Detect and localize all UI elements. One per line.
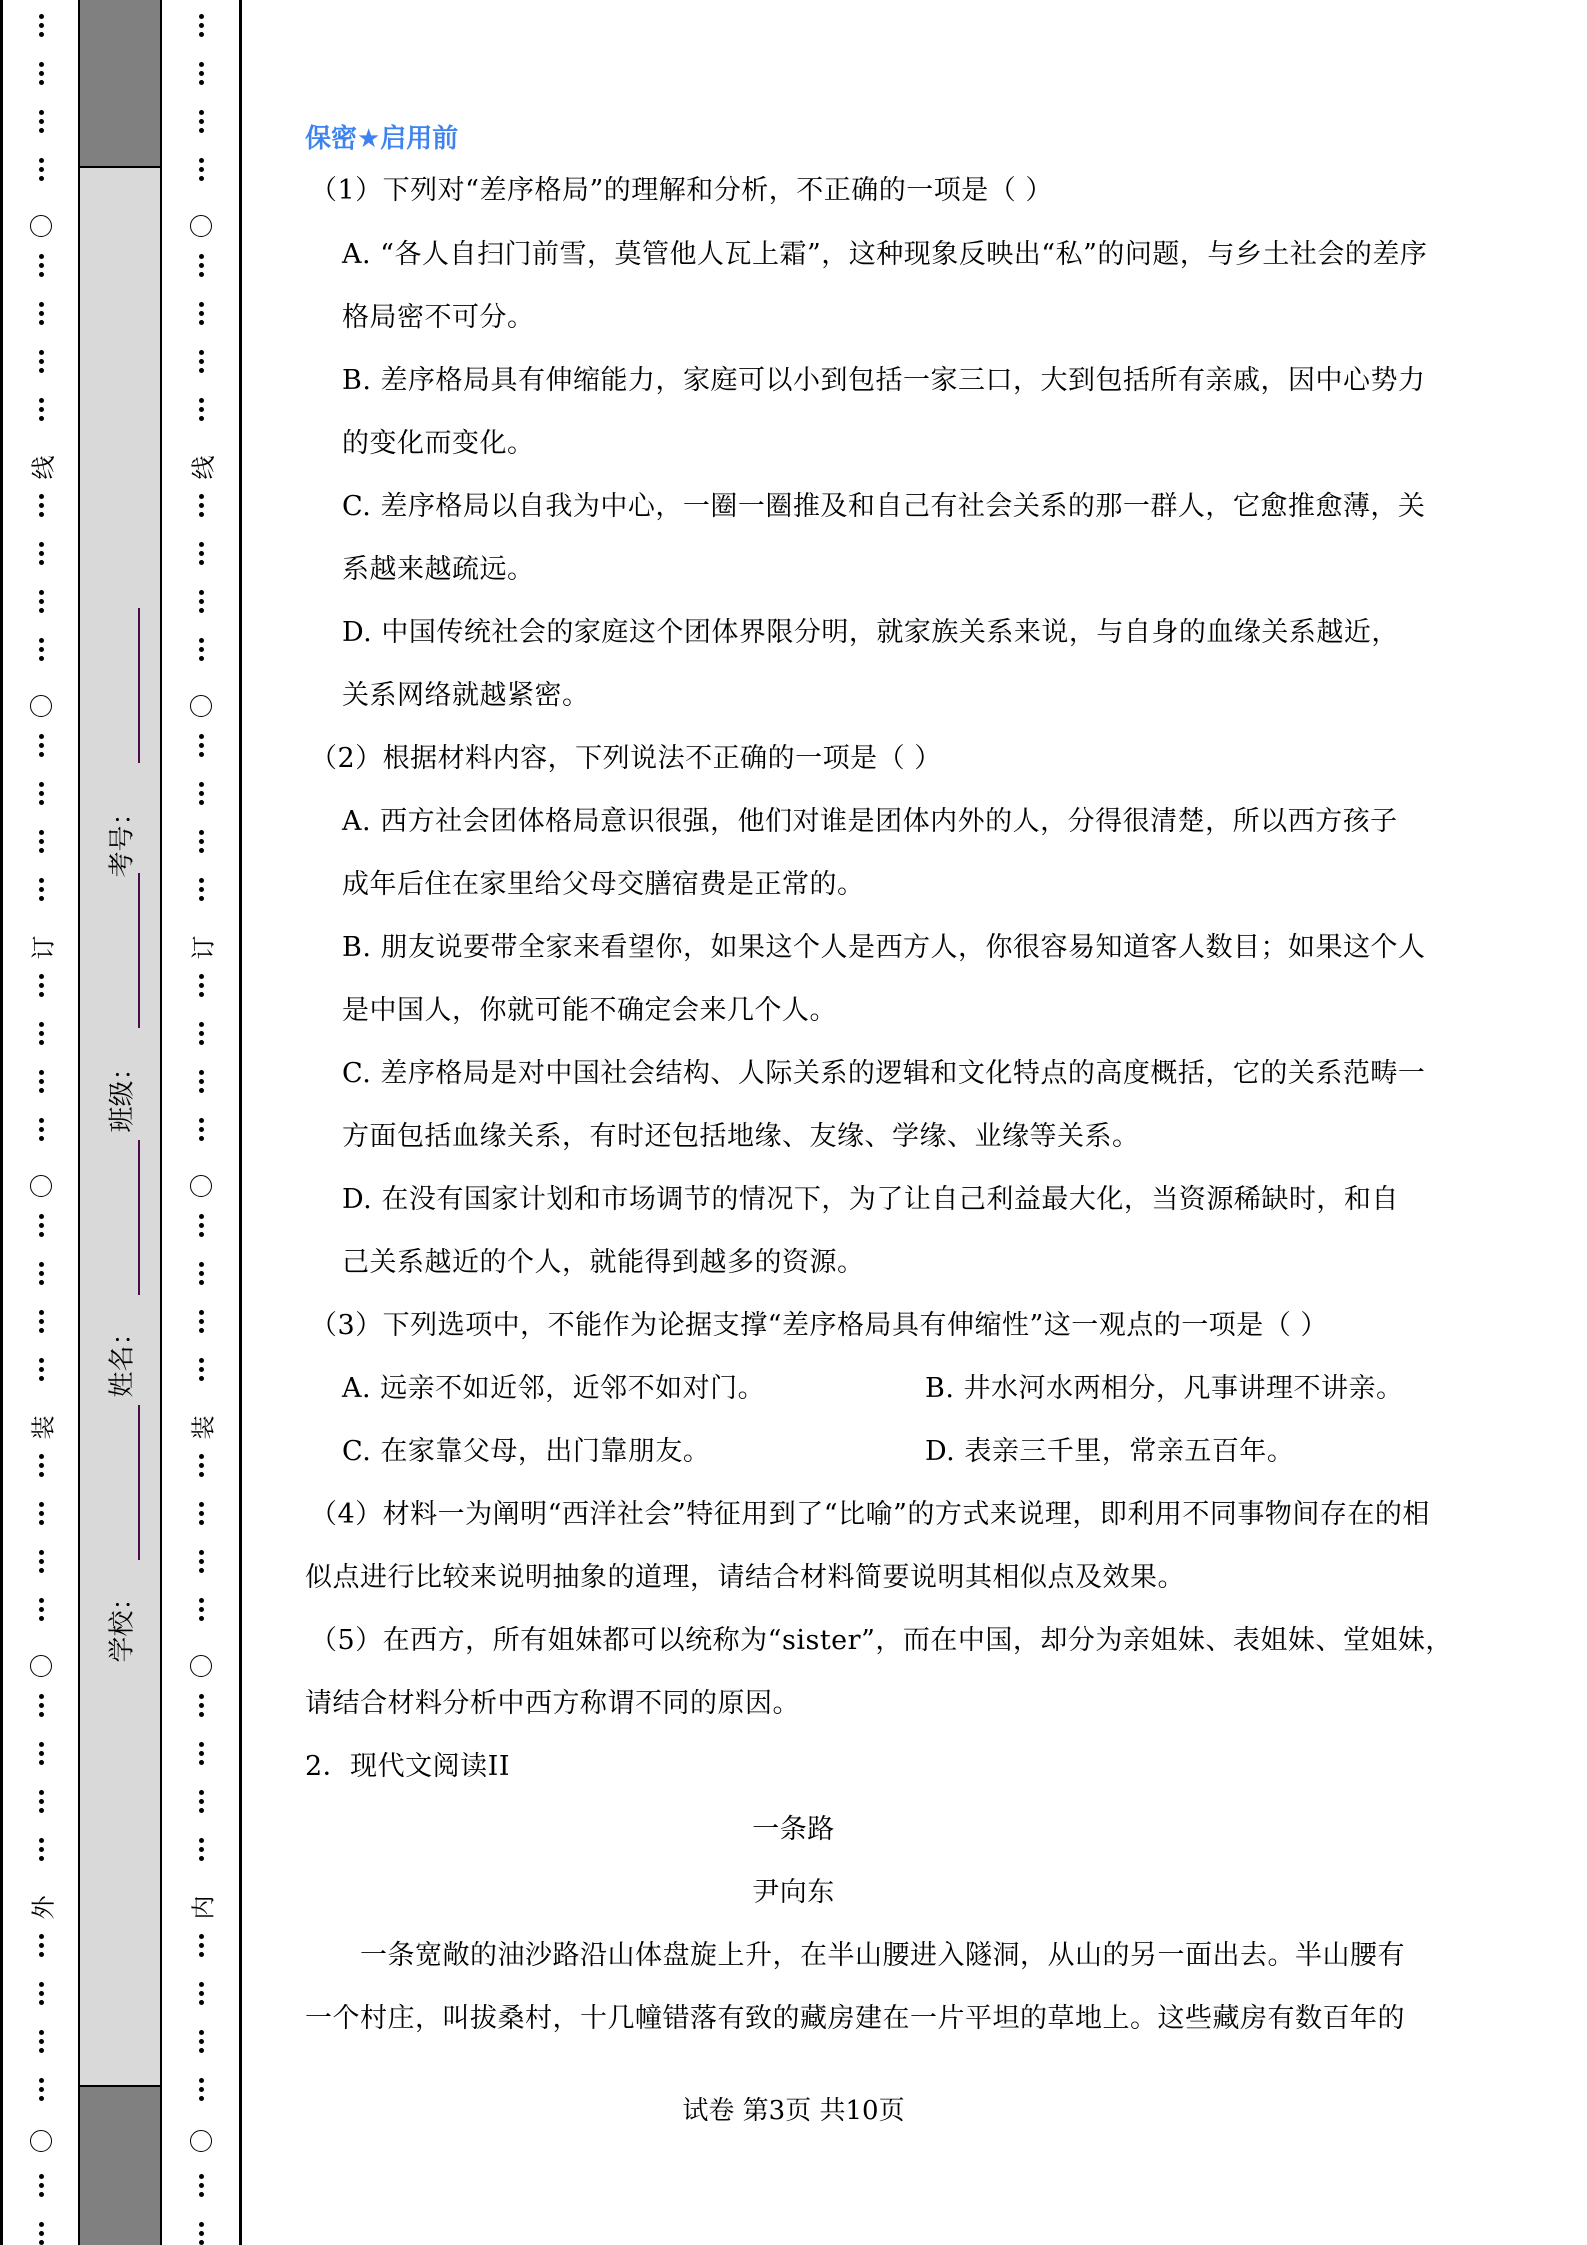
exam-no-field[interactable] xyxy=(138,608,140,763)
page-footer: 试卷 第3页 共10页 xyxy=(0,2090,1587,2127)
dotted-separator xyxy=(39,1262,43,1289)
dotted-separator xyxy=(199,398,203,425)
dotted-separator xyxy=(199,542,203,569)
cut-line-label: 线 xyxy=(183,456,218,480)
q1-option-a-cont: 格局密不可分。 xyxy=(342,295,535,334)
dotted-separator xyxy=(39,878,43,905)
q2-option-d-cont: 己关系越近的个人，就能得到越多的资源。 xyxy=(342,1240,865,1279)
dotted-separator xyxy=(39,1694,43,1721)
q5-line2: 请结合材料分析中西方称谓不同的原因。 xyxy=(305,1681,800,1720)
q3-option-c: C. 在家靠父母，出门靠朋友。 xyxy=(342,1429,710,1468)
dotted-separator xyxy=(39,1118,43,1145)
dotted-separator xyxy=(199,1598,203,1625)
exam-no-label: 考号： xyxy=(102,799,139,877)
dotted-separator xyxy=(199,782,203,809)
dotted-separator xyxy=(39,1502,43,1529)
dotted-separator xyxy=(199,590,203,617)
dotted-separator xyxy=(199,1694,203,1721)
dotted-separator xyxy=(199,2030,203,2057)
circle-marker-icon xyxy=(190,1655,212,1677)
dotted-separator xyxy=(39,1022,43,1049)
dotted-separator xyxy=(199,878,203,905)
dotted-separator xyxy=(199,1454,203,1481)
q2-option-b-cont: 是中国人，你就可能不确定会来几个人。 xyxy=(342,988,837,1027)
dotted-separator xyxy=(199,1934,203,1961)
dotted-separator xyxy=(39,1550,43,1577)
dotted-separator xyxy=(39,302,43,329)
q2-stem: （2）根据材料内容，下列说法不正确的一项是（ ） xyxy=(310,736,942,775)
q5-line1: （5）在西方，所有姐妹都可以统称为“sister”，而在中国，却分为亲姐妹、表姐… xyxy=(310,1618,1453,1657)
q4-line1: （4）材料一为阐明“西洋社会”特征用到了“比喻”的方式来说理，即利用不同事物间存… xyxy=(310,1492,1430,1531)
q1-option-b: B. 差序格局具有伸缩能力，家庭可以小到包括一家三口，大到包括所有亲戚，因中心势… xyxy=(342,358,1426,397)
article-author: 尹向东 xyxy=(0,1870,1587,1909)
q3-option-d: D. 表亲三千里，常亲五百年。 xyxy=(925,1429,1294,1468)
q1-stem: （1）下列对“差序格局”的理解和分析，不正确的一项是（ ） xyxy=(310,168,1053,207)
dotted-separator xyxy=(39,590,43,617)
q1-option-b-cont: 的变化而变化。 xyxy=(342,421,535,460)
circle-marker-icon xyxy=(30,695,52,717)
dotted-separator xyxy=(199,638,203,665)
circle-marker-icon xyxy=(190,695,212,717)
name-field[interactable] xyxy=(138,1405,140,1560)
dotted-separator xyxy=(39,398,43,425)
dotted-separator xyxy=(199,1022,203,1049)
q1-option-c: C. 差序格局以自我为中心，一圈一圈推及和自己有社会关系的那一群人，它愈推愈薄，… xyxy=(342,484,1425,523)
dotted-separator xyxy=(199,1262,203,1289)
circle-marker-icon xyxy=(30,215,52,237)
school-label: 学校： xyxy=(102,1584,139,1662)
dotted-separator xyxy=(199,1982,203,2009)
confidential-label: 保密★启用前 xyxy=(305,118,458,155)
q3-stem: （3）下列选项中，不能作为论据支撑“差序格局具有伸缩性”这一观点的一项是（ ） xyxy=(310,1303,1328,1342)
dotted-separator xyxy=(39,734,43,761)
q2-option-c: C. 差序格局是对中国社会结构、人际关系的逻辑和文化特点的高度概括，它的关系范畴… xyxy=(342,1051,1425,1090)
dotted-separator xyxy=(199,1742,203,1769)
dotted-separator xyxy=(39,2222,43,2245)
dotted-separator xyxy=(39,542,43,569)
circle-marker-icon xyxy=(190,1175,212,1197)
dotted-separator xyxy=(39,158,43,185)
circle-marker-icon xyxy=(30,2130,52,2152)
section2-heading: 2．现代文阅读II xyxy=(305,1744,510,1783)
dotted-separator xyxy=(199,1070,203,1097)
cut-line-label: 订 xyxy=(183,936,218,960)
dotted-separator xyxy=(39,254,43,281)
dotted-separator xyxy=(199,2222,203,2245)
q3-option-b: B. 井水河水两相分，凡事讲理不讲亲。 xyxy=(925,1366,1404,1405)
dotted-separator xyxy=(39,1358,43,1385)
dotted-separator xyxy=(199,734,203,761)
dotted-separator xyxy=(39,350,43,377)
dotted-separator xyxy=(39,1934,43,1961)
q1-option-c-cont: 系越来越疏远。 xyxy=(342,547,535,586)
dotted-separator xyxy=(39,1214,43,1241)
dotted-separator xyxy=(199,830,203,857)
dotted-separator xyxy=(199,1550,203,1577)
dotted-separator xyxy=(199,14,203,41)
article-paragraph-line2: 一个村庄，叫拔桑村，十几幢错落有致的藏房建在一片平坦的草地上。这些藏房有数百年的 xyxy=(305,1996,1405,2035)
q4-line2: 似点进行比较来说明抽象的道理，请结合材料简要说明其相似点及效果。 xyxy=(305,1555,1185,1594)
dotted-separator xyxy=(39,494,43,521)
q2-option-a: A. 西方社会团体格局意识很强，他们对谁是团体内外的人，分得很清楚，所以西方孩子 xyxy=(342,799,1398,838)
dotted-separator xyxy=(199,974,203,1001)
dotted-separator xyxy=(199,1310,203,1337)
q2-option-c-cont: 方面包括血缘关系，有时还包括地缘、友缘、学缘、业缘等关系。 xyxy=(342,1114,1140,1153)
cut-line-label: 装 xyxy=(183,1416,218,1440)
dotted-separator xyxy=(39,830,43,857)
article-paragraph-line1: 一条宽敞的油沙路沿山体盘旋上升，在半山腰进入隧洞，从山的另一面出去。半山腰有 xyxy=(360,1933,1405,1972)
dotted-separator xyxy=(199,158,203,185)
dotted-separator xyxy=(39,2174,43,2201)
q1-option-d: D. 中国传统社会的家庭这个团体界限分明，就家族关系来说，与自身的血缘关系越近， xyxy=(342,610,1399,649)
q1-option-a: A. “各人自扫门前雪，莫管他人瓦上霜”，这种现象反映出“私”的问题，与乡土社会… xyxy=(342,232,1427,271)
circle-marker-icon xyxy=(190,2130,212,2152)
name-label: 姓名： xyxy=(102,1319,139,1397)
dotted-separator xyxy=(39,1070,43,1097)
dotted-separator xyxy=(199,350,203,377)
class-field-line-top xyxy=(138,873,140,1028)
dotted-separator xyxy=(39,974,43,1001)
dotted-separator xyxy=(39,1742,43,1769)
q2-option-b: B. 朋友说要带全家来看望你，如果这个人是西方人，你很容易知道客人数目；如果这个… xyxy=(342,925,1426,964)
q2-option-a-cont: 成年后住在家里给父母交膳宿费是正常的。 xyxy=(342,862,865,901)
cut-line-label: 装 xyxy=(23,1416,58,1440)
dotted-separator xyxy=(39,1310,43,1337)
class-label: 班级： xyxy=(102,1054,139,1132)
dotted-separator xyxy=(39,1598,43,1625)
q1-option-d-cont: 关系网络就越紧密。 xyxy=(342,673,590,712)
dotted-separator xyxy=(39,1454,43,1481)
circle-marker-icon xyxy=(30,1175,52,1197)
dotted-separator xyxy=(39,110,43,137)
dotted-separator xyxy=(199,2174,203,2201)
class-field[interactable] xyxy=(138,1140,140,1295)
dotted-separator xyxy=(199,494,203,521)
dotted-separator xyxy=(199,62,203,89)
dotted-separator xyxy=(199,1502,203,1529)
strip-dark-block-top xyxy=(80,0,160,168)
circle-marker-icon xyxy=(30,1655,52,1677)
dotted-separator xyxy=(39,638,43,665)
dotted-separator xyxy=(199,302,203,329)
dotted-separator xyxy=(199,254,203,281)
dotted-separator xyxy=(199,110,203,137)
dotted-separator xyxy=(39,1982,43,2009)
dotted-separator xyxy=(199,1214,203,1241)
dotted-separator xyxy=(199,1118,203,1145)
dotted-separator xyxy=(39,62,43,89)
circle-marker-icon xyxy=(190,215,212,237)
dotted-separator xyxy=(39,2030,43,2057)
dotted-separator xyxy=(199,1358,203,1385)
cut-line-label: 订 xyxy=(23,936,58,960)
dotted-separator xyxy=(39,14,43,41)
cut-line-label: 线 xyxy=(23,456,58,480)
dotted-separator xyxy=(39,782,43,809)
q3-option-a: A. 远亲不如近邻，近邻不如对门。 xyxy=(342,1366,765,1405)
article-title: 一条路 xyxy=(0,1807,1587,1846)
q2-option-d: D. 在没有国家计划和市场调节的情况下，为了让自己利益最大化，当资源稀缺时，和自 xyxy=(342,1177,1399,1216)
